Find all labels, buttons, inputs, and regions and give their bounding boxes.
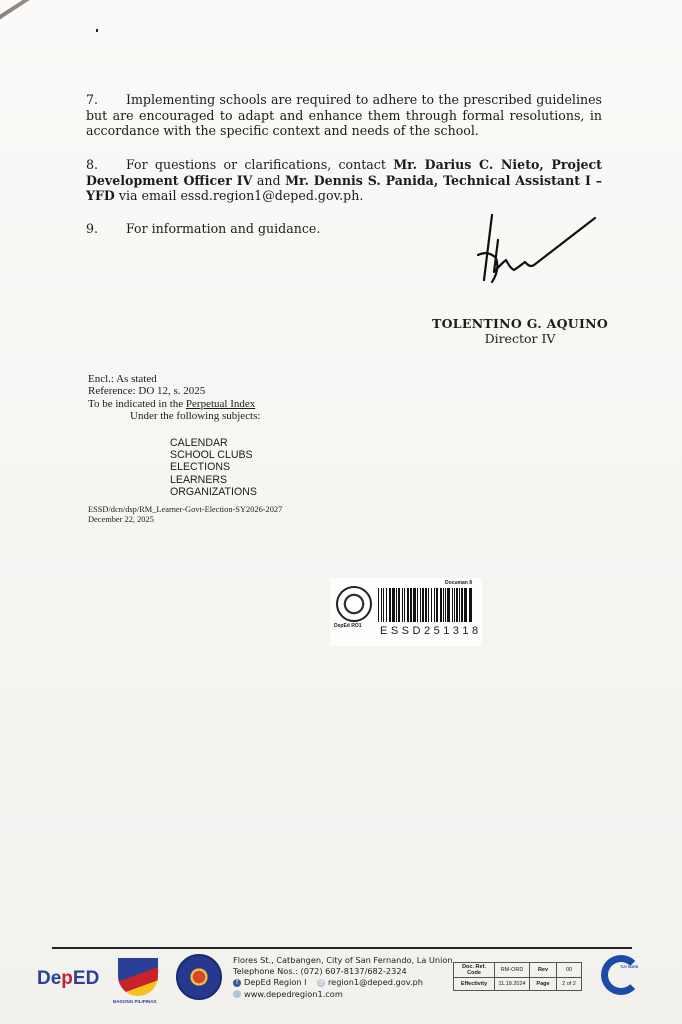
file-code: ESSD/dcn/dsp/RM_Learner-Govt-Election-SY… bbox=[88, 505, 282, 515]
signatory-name: TOLENTINO G. AQUINO bbox=[430, 316, 610, 331]
doc-ref-code-value: RM-ORD bbox=[495, 963, 530, 978]
email-link[interactable]: region1@deped.gov.ph bbox=[328, 977, 423, 987]
bagong-pilipinas-label: BAGONG PILIPINAS bbox=[113, 999, 157, 1004]
pen-mark bbox=[0, 0, 107, 32]
page-value: 2 of 2 bbox=[557, 978, 582, 991]
file-date: December 22, 2025 bbox=[88, 515, 282, 525]
effectivity-value: 11.18.2024 bbox=[495, 978, 530, 991]
footer-divider bbox=[52, 947, 632, 949]
seal-label: DepEd RO1 bbox=[334, 623, 362, 629]
region-seal-icon bbox=[176, 954, 222, 1000]
deped-logo-icon: DepED bbox=[37, 968, 99, 990]
subject-item: ELECTIONS bbox=[170, 461, 257, 473]
globe-icon bbox=[233, 990, 241, 998]
barcode-number: ESSD251318 bbox=[380, 625, 482, 637]
perpetual-index-line: To be indicated in the Perpetual Index bbox=[88, 398, 260, 410]
footer-address: Flores St., Catbangen, City of San Ferna… bbox=[233, 955, 453, 966]
iso-certification-icon bbox=[601, 955, 641, 995]
enclosure-block: Encl.: As stated Reference: DO 12, s. 20… bbox=[88, 373, 260, 423]
deped-seal-icon bbox=[336, 586, 372, 622]
document-tracking-stamp: DepEd RO1 Documan 8 ESSD251318 bbox=[330, 578, 482, 646]
perpetual-index-text: Perpetual Index bbox=[186, 398, 255, 410]
subject-list: CALENDAR SCHOOL CLUBS ELECTIONS LEARNERS… bbox=[170, 437, 257, 498]
reference-line: Reference: DO 12, s. 2025 bbox=[88, 385, 260, 397]
bagong-pilipinas-logo-icon bbox=[118, 958, 158, 996]
ink-dot bbox=[96, 29, 98, 32]
paragraph-number: 8. bbox=[86, 157, 126, 173]
signatory-title: Director IV bbox=[430, 331, 610, 346]
subject-item: SCHOOL CLUBS bbox=[170, 449, 257, 461]
paragraph-email: via email essd.region1@deped.gov.ph. bbox=[115, 188, 363, 203]
rev-value: 00 bbox=[557, 963, 582, 978]
paragraph-text: Implementing schools are required to adh… bbox=[86, 92, 602, 138]
footer-contact: Flores St., Catbangen, City of San Ferna… bbox=[233, 955, 453, 1000]
page-label: Page bbox=[530, 978, 557, 991]
facebook-link[interactable]: DepEd Region I bbox=[244, 977, 307, 987]
barcode-icon bbox=[378, 588, 474, 622]
enclosure-line: Encl.: As stated bbox=[88, 373, 260, 385]
paragraph-number: 7. bbox=[86, 92, 126, 108]
subject-item: CALENDAR bbox=[170, 437, 257, 449]
subjects-heading: Under the following subjects: bbox=[88, 410, 260, 422]
paragraph-7: 7.Implementing schools are required to a… bbox=[86, 92, 602, 139]
doc-ref-code-label: Doc. Ref. Code bbox=[454, 963, 495, 978]
website-link[interactable]: www.depedregion1.com bbox=[244, 989, 343, 999]
paragraph-and: and bbox=[252, 173, 285, 188]
email-icon: @ bbox=[317, 979, 325, 987]
paragraph-number: 9. bbox=[86, 221, 126, 237]
doc-ref-table: Doc. Ref. Code RM-ORD Rev 00 Effectivity… bbox=[453, 962, 582, 991]
paragraph-lead: For questions or clarifications, contact bbox=[126, 157, 393, 172]
facebook-icon: f bbox=[233, 979, 241, 987]
iso-label: TUV NORD bbox=[620, 965, 638, 969]
paragraph-8: 8.For questions or clarifications, conta… bbox=[86, 157, 602, 204]
document-page: 7.Implementing schools are required to a… bbox=[0, 0, 682, 1024]
footer-telephone: Telephone Nos.: (072) 607-8137/682-2324 bbox=[233, 966, 453, 977]
stamp-doc-label: Documan 8 bbox=[445, 580, 472, 586]
footer-web: www.depedregion1.com bbox=[233, 989, 453, 1000]
paragraph-text: For information and guidance. bbox=[126, 221, 320, 236]
file-reference: ESSD/dcn/dsp/RM_Learner-Govt-Election-SY… bbox=[88, 505, 282, 524]
effectivity-label: Effectivity bbox=[454, 978, 495, 991]
perpetual-prefix: To be indicated in the bbox=[88, 398, 186, 410]
subject-item: LEARNERS bbox=[170, 474, 257, 486]
rev-label: Rev bbox=[530, 963, 557, 978]
subject-item: ORGANIZATIONS bbox=[170, 486, 257, 498]
signature-icon bbox=[470, 210, 600, 290]
footer-social: fDepEd Region I @region1@deped.gov.ph bbox=[233, 977, 453, 988]
